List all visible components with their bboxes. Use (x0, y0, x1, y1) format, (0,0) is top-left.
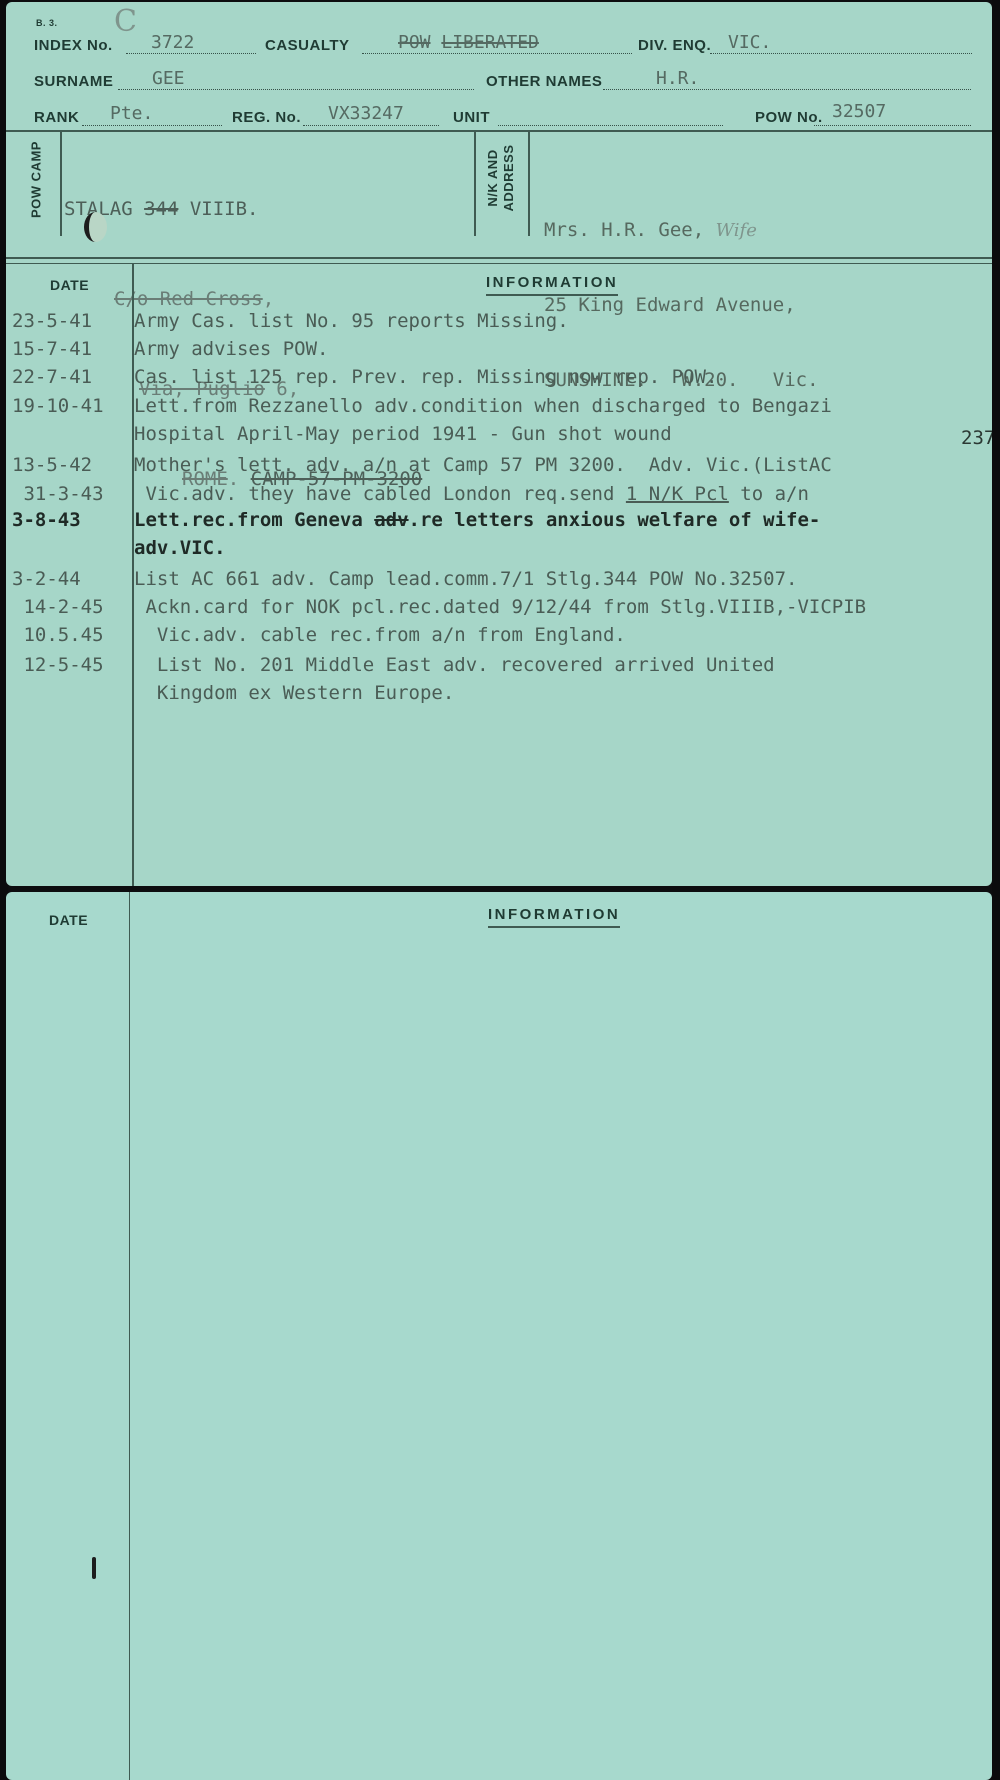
log-entry: 3-2-44List AC 661 adv. Camp lead.comm.7/… (6, 568, 992, 594)
log-entry: 23-5-41Army Cas. list No. 95 reports Mis… (6, 310, 992, 336)
entry-text: Vic.adv. cable rec.from a/n from England… (134, 624, 626, 646)
other-names-label: OTHER NAMES (486, 73, 602, 90)
entry-text: Cas. list 125 rep. Prev. rep. Missing no… (134, 366, 717, 388)
ink-mark (92, 1557, 96, 1579)
entry-date: 14-2-45 (12, 596, 127, 618)
casualty-value: POW LIBERATED (398, 32, 539, 53)
unit-label: UNIT (453, 109, 490, 126)
entry-date: 19-10-41 (12, 395, 127, 417)
entry-date: 22-7-41 (12, 366, 127, 388)
entry-text: Vic.adv. they have cabled London req.sen… (134, 483, 809, 505)
casualty-record-card: B. 3. C INDEX No. 3722 CASUALTY POW LIBE… (6, 2, 992, 886)
log-entry: Hospital April-May period 1941 - Gun sho… (6, 423, 992, 449)
log-entry: adv.VIC. (6, 537, 992, 563)
entry-date: 3-2-44 (12, 568, 127, 590)
entry-date: 23-5-41 (12, 310, 127, 332)
entry-text: Lett.from Rezzanello adv.condition when … (134, 395, 832, 417)
entry-text: Lett.rec.from Geneva adv.re letters anxi… (134, 509, 820, 531)
entry-text: List No. 201 Middle East adv. recovered … (134, 654, 775, 676)
log-entry: 10.5.45 Vic.adv. cable rec.from a/n from… (6, 624, 992, 650)
nk-address-label: N/K ANDADDRESS (485, 128, 517, 228)
entry-text: Ackn.card for NOK pcl.rec.dated 9/12/44 … (134, 596, 866, 618)
log-entry: 22-7-41Cas. list 125 rep. Prev. rep. Mis… (6, 366, 992, 392)
log-entry: 15-7-41Army advises POW. (6, 338, 992, 364)
hole-punch-mark (84, 212, 107, 242)
entry-date: 12-5-45 (12, 654, 127, 676)
entry-date: 15-7-41 (12, 338, 127, 360)
handwritten-mark: C (114, 4, 137, 39)
other-names-value: H.R. (656, 68, 699, 89)
div-enq-value: VIC. (728, 32, 771, 53)
entry-date: 3-8-43 (12, 509, 127, 531)
reg-no-label: REG. No. (232, 109, 301, 126)
surname-value: GEE (152, 68, 185, 89)
entry-text: Army Cas. list No. 95 reports Missing. (134, 310, 569, 332)
surname-label: SURNAME (34, 73, 113, 90)
entry-text: Kingdom ex Western Europe. (134, 682, 454, 704)
rank-label: RANK (34, 109, 79, 126)
entry-text: Army advises POW. (134, 338, 328, 360)
index-no-label: INDEX No. (34, 37, 113, 54)
log-entry: 14-2-45 Ackn.card for NOK pcl.rec.dated … (6, 596, 992, 622)
entry-text: adv.VIC. (134, 537, 226, 559)
pow-camp-label: POW CAMP (29, 130, 44, 230)
form-code: B. 3. (36, 18, 58, 28)
entry-text: Hospital April-May period 1941 - Gun sho… (134, 423, 672, 445)
entry-date: 31-3-43 (12, 483, 127, 505)
div-enq-label: DIV. ENQ. (638, 37, 711, 54)
entry-text: Mother's lett. adv. a/n at Camp 57 PM 32… (134, 454, 832, 476)
date-column-header: DATE (49, 912, 88, 928)
entry-date: 10.5.45 (12, 624, 127, 646)
index-no-value: 3722 (151, 32, 194, 53)
log-entry: 3-8-43Lett.rec.from Geneva adv.re letter… (6, 509, 992, 535)
entry-text: List AC 661 adv. Camp lead.comm.7/1 Stlg… (134, 568, 797, 590)
entry-date: 13-5-42 (12, 454, 127, 476)
log-entry: Kingdom ex Western Europe. (6, 682, 992, 708)
casualty-label: CASUALTY (265, 37, 350, 54)
information-column-header: INFORMATION (486, 274, 618, 296)
log-entry: 12-5-45 List No. 201 Middle East adv. re… (6, 654, 992, 680)
information-column-header: INFORMATION (488, 906, 620, 928)
continuation-card: DATE INFORMATION (6, 892, 992, 1780)
scan-edge-right (992, 0, 1000, 1780)
rank-value: Pte. (110, 103, 153, 124)
log-entry: 31-3-43 Vic.adv. they have cabled London… (6, 483, 992, 509)
pow-no-value: 32507 (832, 101, 886, 122)
date-column-header: DATE (50, 277, 89, 293)
pow-no-label: POW No. (755, 109, 823, 126)
reg-no-value: VX33247 (328, 103, 404, 124)
log-entry: 13-5-42Mother's lett. adv. a/n at Camp 5… (6, 454, 992, 480)
log-entry: 19-10-41Lett.from Rezzanello adv.conditi… (6, 395, 992, 421)
